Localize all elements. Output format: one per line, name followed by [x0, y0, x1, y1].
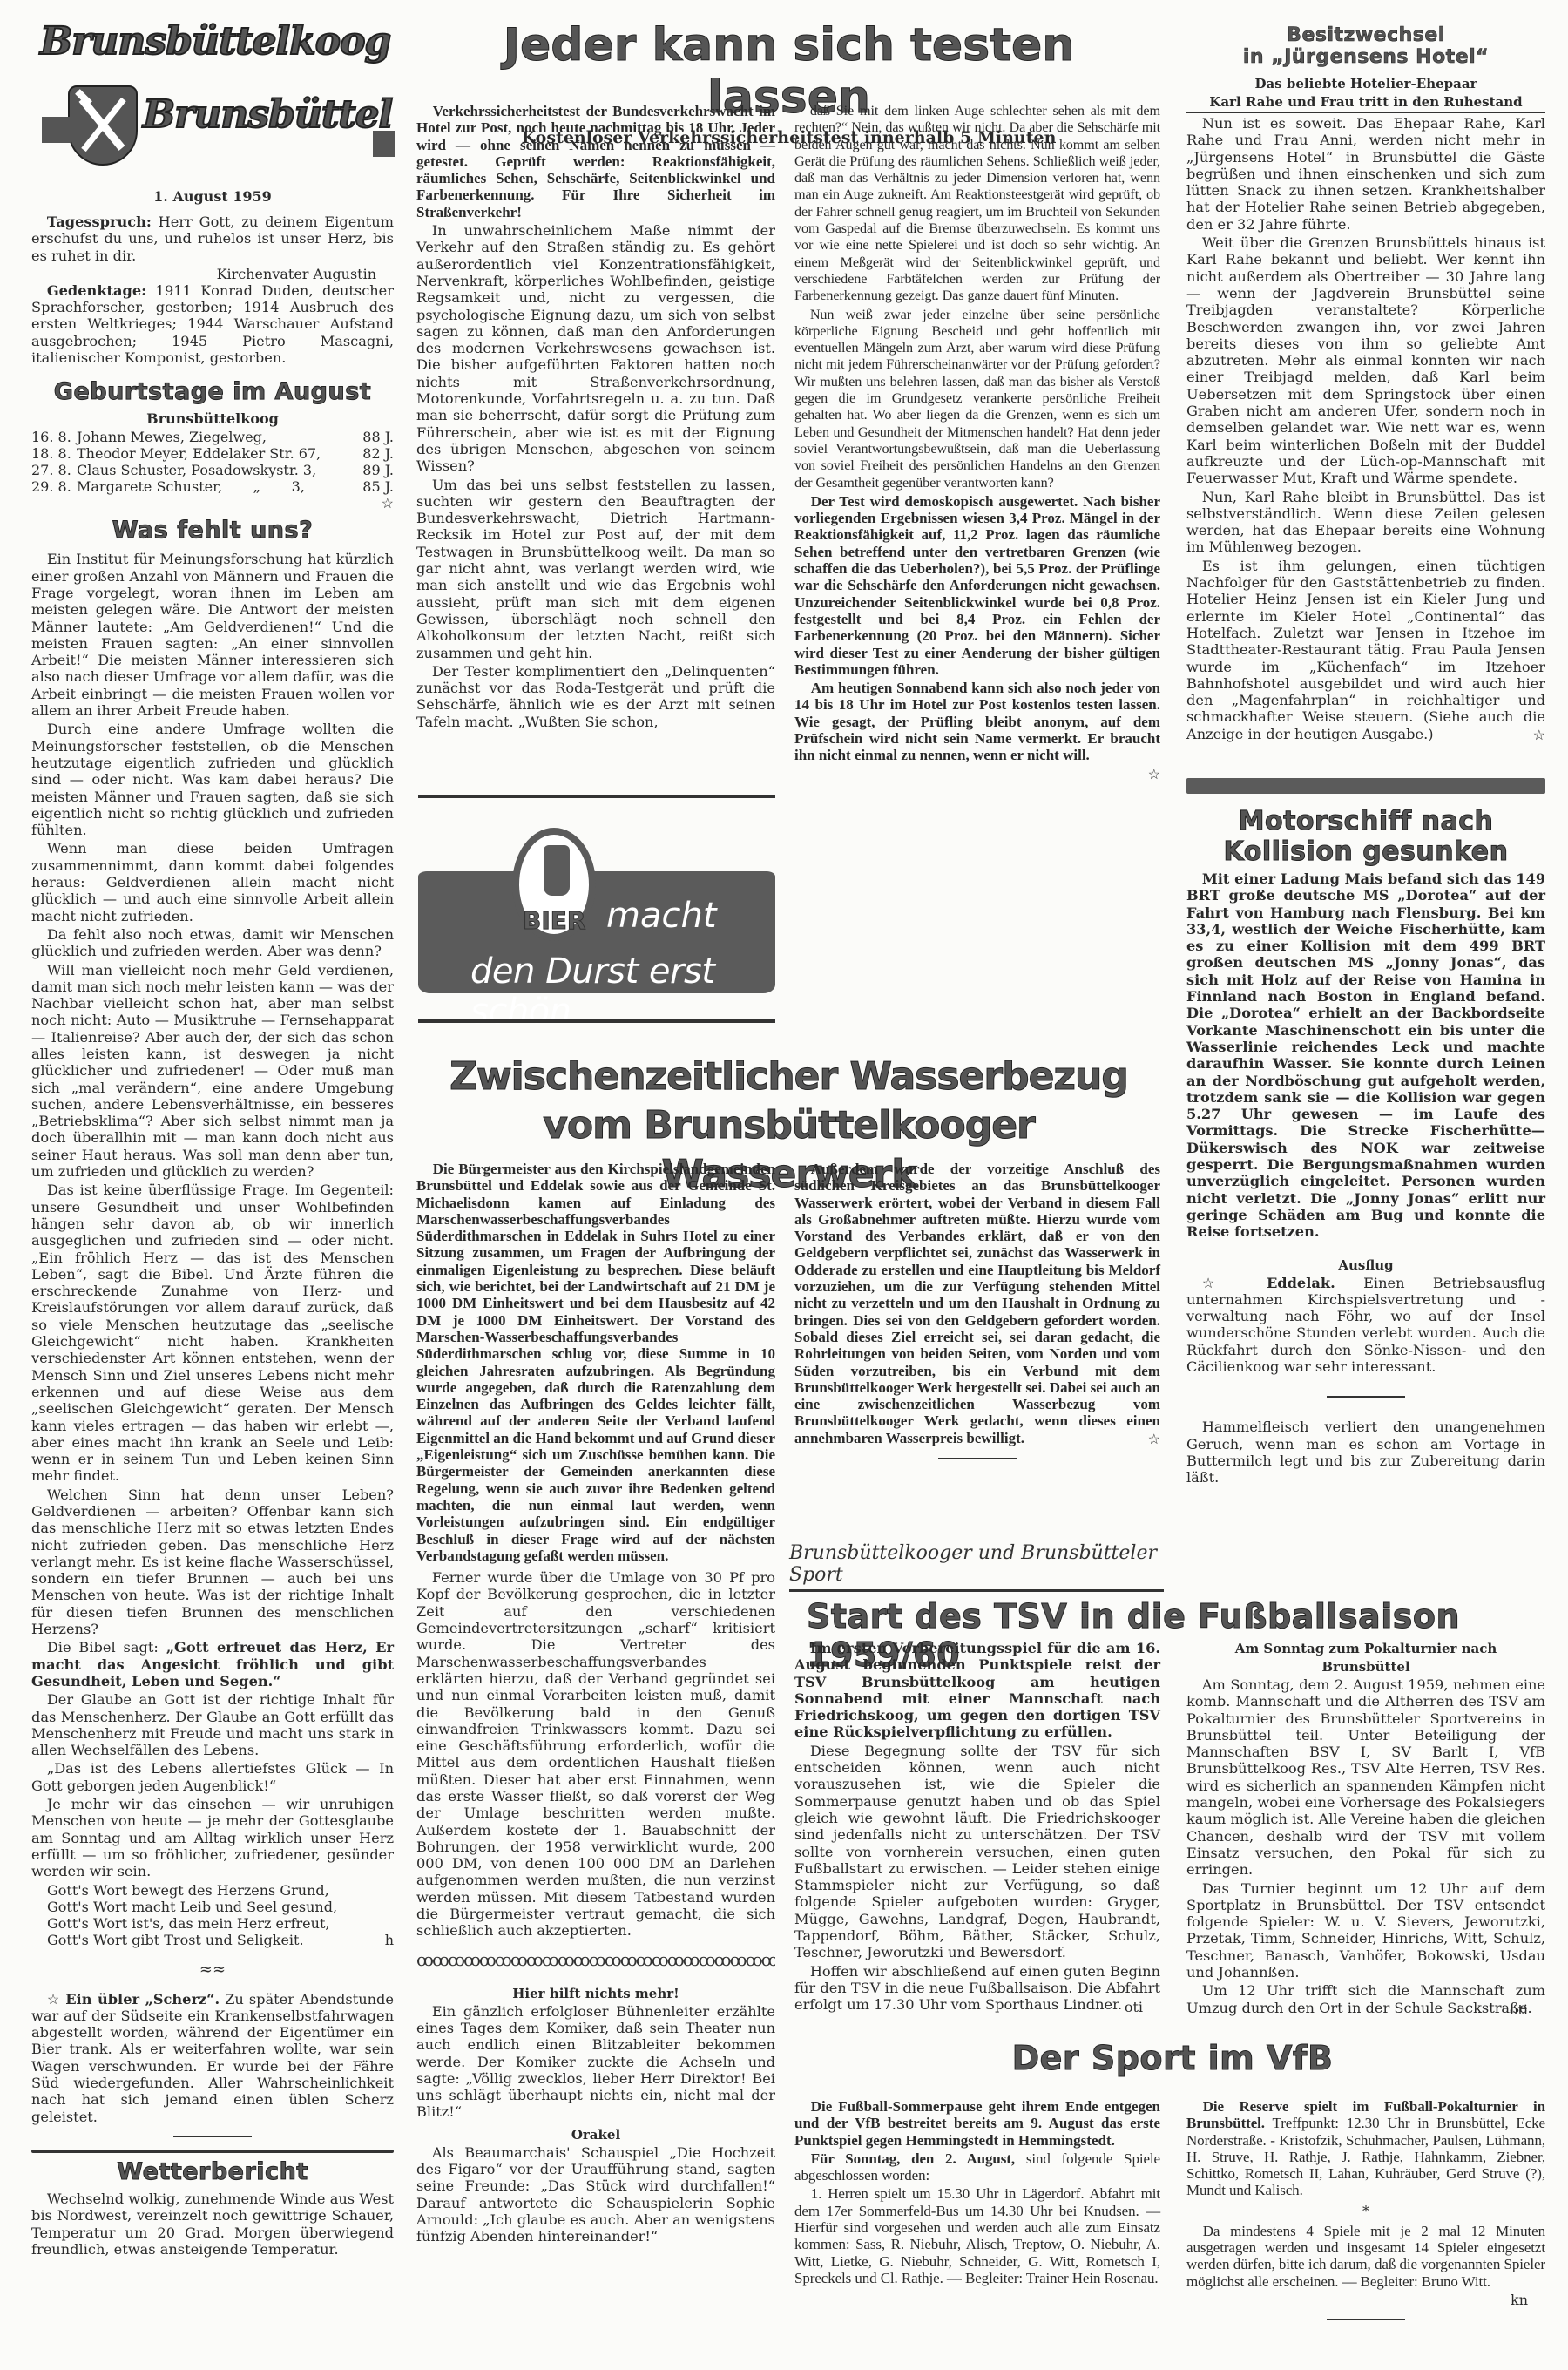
anecdotes: Hier hilft nichts mehr!Ein gänzlich erfo… [416, 1985, 775, 2245]
issue-date: 1. August 1959 [31, 188, 394, 205]
water-col1-bold: Die Bürgermeister aus den Kirchspielslan… [416, 1161, 775, 1564]
vfb-reserve: Die Reserve spielt im Fußball-Pokalturni… [1186, 2098, 1545, 2199]
water-col2-bold: Außerdem wurde der vorzeitige Anschluß d… [794, 1161, 1160, 1446]
birthday-date: 18. 8. [31, 445, 77, 462]
paragraph: Der Tester komplimentiert den „Delinquen… [416, 663, 775, 730]
birthday-age: 85 J. [352, 478, 394, 495]
right-column: Besitzwechsel in „Jürgensens Hotel“ Das … [1186, 0, 1545, 1487]
divider [938, 1458, 1017, 1459]
paragraph: Welchen Sinn hat denn unser Leben? Geldv… [31, 1486, 394, 1638]
verse-line: Gott's Wort bewegt des Herzens Grund, [47, 1882, 394, 1899]
divider [173, 2136, 252, 2137]
left-column: Brunsbüttelkoog Brunsbüttel 1. August 19… [31, 0, 394, 2259]
weather-text: Wechselnd wolkig, zunehmende Winde aus W… [31, 2191, 394, 2258]
birthday-name: Margarete Schuster, „ 3, [77, 478, 352, 495]
paragraph: Es ist ihm gelungen, einen tüchtigen Nac… [1186, 558, 1545, 742]
asterisk-divider: * [1186, 2203, 1545, 2219]
water-col1-text: Ferner wurde über die Umlage von 30 Pf p… [416, 1569, 775, 1940]
paragraph: Weit über die Grenzen Brunsbüttels hinau… [1186, 234, 1545, 486]
vfb-sunday-bold: Für Sonntag, den 2. August, [811, 2150, 1015, 2167]
paragraph: Am heutigen Sonnabend kann sich also noc… [794, 680, 1160, 763]
hotel-sub1: Das beliebte Hotelier-Ehepaar [1186, 75, 1545, 93]
birthday-name: Theodor Meyer, Eddelaker Str. 67, [77, 445, 352, 462]
vfb-herren: 1. Herren spielt um 15.30 Uhr in Lägerdo… [794, 2185, 1160, 2286]
tsv-right-body: Am Sonntag, dem 2. August 1959, nehmen e… [1186, 1676, 1545, 2016]
water-col2: Außerdem wurde der vorzeitige Anschluß d… [794, 1161, 1160, 1470]
vfb-title: Der Sport im VfB [789, 2039, 1556, 2077]
ausflug-item: ☆ Eddelak. Einen Betriebsausflug unterna… [1186, 1275, 1545, 1376]
ad-brand: BIER [523, 906, 585, 935]
bible-intro: Die Bibel sagt: [47, 1639, 166, 1656]
ausflug-text: Einen Betriebsausflug unternahmen Kirchs… [1186, 1275, 1545, 1375]
water-title-line1: Zwischenzeitlicher Wasserbezug [416, 1053, 1161, 1101]
birthday-row: 18. 8.Theodor Meyer, Eddelaker Str. 67,8… [31, 445, 394, 462]
tip-text: Hammelfleisch verliert den unangenehmen … [1186, 1419, 1545, 1486]
hotel-sub2: Karl Rahe und Frau tritt in den Ruhestan… [1186, 93, 1545, 113]
bible-quote: Die Bibel sagt: „Gott erfreuet das Herz,… [31, 1639, 394, 1689]
ribbon-right [373, 131, 395, 157]
was-fehlt-body: Ein Institut für Meinungsforschung hat k… [31, 551, 394, 1637]
anecdote-text: Als Beaumarchais' Schauspiel „Die Hochze… [416, 2144, 775, 2245]
paragraph: Um das bei uns selbst feststellen zu las… [416, 477, 775, 661]
tsv-col2: Am Sonntag zum Pokalturnier nach Brunsbü… [1186, 1640, 1545, 2018]
birthday-row: 29. 8.Margarete Schuster, „ 3,85 J. [31, 478, 394, 495]
birthday-date: 16. 8. [31, 429, 77, 445]
tagesspruch-author: Kirchenvater Augustin [31, 266, 394, 282]
star-icon: ☆ [31, 495, 394, 511]
test-article-col2-body: daß Sie mit dem linken Auge schlechter s… [794, 103, 1160, 491]
ad-rule-bottom [418, 1019, 775, 1023]
sport-section-title: Brunsbüttelkooger und Brunsbütteler Spor… [789, 1542, 1164, 1592]
ausflug-title: Ausflug [1186, 1256, 1545, 1275]
wave-divider-icon: ≈≈ [31, 1960, 394, 1979]
birthday-date: 27. 8. [31, 462, 77, 478]
gedenktage-label: Gedenktage: [47, 282, 146, 299]
test-article-col1: Verkehrssicherheitstest der Bundesverkeh… [416, 103, 775, 732]
test-article-col2: daß Sie mit dem linken Auge schlechter s… [794, 103, 1160, 782]
section-bar [1186, 778, 1545, 794]
star-icon: ☆ [47, 1991, 60, 2008]
tsv-right-sub1: Am Sonntag zum Pokalturnier nach [1186, 1640, 1545, 1658]
vfb-closing: Da mindestens 4 Spiele mit je 2 mal 12 M… [1186, 2223, 1545, 2290]
hotel-title-line1: Besitzwechsel [1186, 24, 1545, 46]
section-rule [31, 2150, 394, 2153]
ship-title-line1: Motorschiff nach [1186, 806, 1545, 836]
paragraph: daß Sie mit dem linken Auge schlechter s… [794, 103, 1160, 305]
beer-glass-icon [544, 845, 570, 896]
weather-title: Wetterbericht [31, 2158, 394, 2185]
vfb-sunday: Für Sonntag, den 2. August, sind folgend… [794, 2150, 1160, 2184]
birthday-row: 27. 8.Claus Schuster, Posadowskystr. 3,8… [31, 462, 394, 478]
paragraph: „Das ist des Lebens allertiefstes Glück … [31, 1760, 394, 1794]
verse-line: Gott's Wort macht Leib und Seel gesund, [47, 1899, 394, 1915]
paragraph: In unwahrscheinlichem Maße nimmt der Ver… [416, 222, 775, 474]
birthday-age: 88 J. [352, 429, 394, 445]
birthday-age: 89 J. [352, 462, 394, 478]
gedenktage: Gedenktage: 1911 Konrad Duden, deutscher… [31, 282, 394, 366]
birthdays-title: Geburtstage im August [31, 378, 394, 405]
vfb-heading: Der Sport im VfB [789, 2039, 1556, 2077]
paragraph: Will man vielleicht noch mehr Geld verdi… [31, 962, 394, 1181]
ad-rule-top [418, 795, 775, 798]
was-fehlt-body-2: Der Glaube an Gott ist der richtige Inha… [31, 1691, 394, 1879]
paragraph: Diese Begegnung sollte der TSV für sich … [794, 1743, 1160, 1961]
anecdote-title: Orakel [416, 2126, 775, 2144]
coat-of-arms-icon [68, 85, 138, 166]
hotel-title-line2: in „Jürgensens Hotel“ [1186, 46, 1545, 68]
masthead-title-line1: Brunsbüttelkoog [40, 19, 390, 64]
paragraph: Wenn man diese beiden Umfragen zusammenn… [31, 840, 394, 924]
masthead: Brunsbüttelkoog Brunsbüttel [31, 19, 394, 185]
ad-line1: macht [606, 896, 717, 936]
paragraph: Um 12 Uhr trifft sich die Mannschaft zum… [1186, 1982, 1545, 2016]
scherz-text: Zu später Abendstunde war auf der Südsei… [31, 1991, 394, 2125]
water-col1: Die Bürgermeister aus den Kirchspielslan… [416, 1161, 775, 2247]
vfb-col1: Die Fußball-Sommerpause geht ihrem Ende … [794, 2098, 1160, 2288]
divider [1327, 2319, 1405, 2320]
paragraph: Der Test wird demoskopisch ausgewertet. … [794, 493, 1160, 678]
birthday-row: 16. 8.Johann Mewes, Ziegelweg,88 J. [31, 429, 394, 445]
star-icon: ☆ [1202, 1275, 1239, 1291]
paragraph: Das ist keine überflüssige Frage. Im Geg… [31, 1182, 394, 1484]
ad-oval: BIER [512, 828, 596, 941]
scherz-title: Ein übler „Scherz“. [65, 1991, 220, 2008]
vfb-col2: Die Reserve spielt im Fußball-Pokalturni… [1186, 2098, 1545, 2331]
tsv-body: Diese Begegnung sollte der TSV für sich … [794, 1743, 1160, 2014]
vfb-lead: Die Fußball-Sommerpause geht ihrem Ende … [794, 2098, 1160, 2149]
paragraph: Da fehlt also noch etwas, damit wir Mens… [31, 926, 394, 960]
paragraph: Ein Institut für Meinungsforschung hat k… [31, 551, 394, 719]
paragraph: Nun, Karl Rahe bleibt in Brunsbüttel. Da… [1186, 489, 1545, 556]
anecdote-text: Ein gänzlich erfolgloser Bühnenleiter er… [416, 2003, 775, 2121]
ship-text: Mit einer Ladung Mais befand sich das 14… [1186, 870, 1545, 1241]
tagesspruch-label: Tagesspruch: [47, 213, 152, 230]
tagesspruch: Tagesspruch: Herr Gott, zu deinem Eigent… [31, 213, 394, 264]
star-icon: ☆ [794, 766, 1160, 782]
ship-title-line2: Kollision gesunken [1186, 836, 1545, 867]
vfb-signature: kn [1186, 2292, 1545, 2308]
birthday-name: Johann Mewes, Ziegelweg, [77, 429, 352, 445]
paragraph: Das Turnier beginnt um 12 Uhr auf dem Sp… [1186, 1880, 1545, 1981]
braid-divider-icon: ꝏꝏꝏꝏꝏꝏꝏꝏꝏꝏꝏꝏꝏꝏꝏꝏꝏꝏꝏꝏꝏꝏꝏꝏꝏꝏꝏꝏꝏꝏꝏꝏꝏꝏꝏꝏ [416, 1952, 775, 1967]
hotel-body: Nun ist es soweit. Das Ehepaar Rahe, Kar… [1186, 115, 1545, 742]
anecdote-title: Hier hilft nichts mehr! [416, 1985, 775, 2003]
verse-line: Gott's Wort ist's, das mein Herz erfreut… [47, 1915, 394, 1932]
beer-advertisement: BIER macht den Durst erst schön [418, 795, 775, 1023]
paragraph: Durch eine andere Umfrage wollten die Me… [31, 721, 394, 838]
was-fehlt-title: Was fehlt uns? [31, 517, 394, 544]
paragraph: Nun ist es soweit. Das Ehepaar Rahe, Kar… [1186, 115, 1545, 233]
tsv-col1: Im ersten Vorbereitungsspiel für die am … [794, 1640, 1160, 2015]
masthead-title-line2: Brunsbüttel [143, 92, 392, 137]
tsv-lead: Im ersten Vorbereitungsspiel für die am … [794, 1640, 1160, 1741]
test-article-col1-body: In unwahrscheinlichem Maße nimmt der Ver… [416, 222, 775, 730]
birthday-name: Claus Schuster, Posadowskystr. 3, [77, 462, 352, 478]
paragraph: Der Glaube an Gott ist der richtige Inha… [31, 1691, 394, 1758]
birthdays-place: Brunsbüttelkoog [31, 410, 394, 427]
birthday-age: 82 J. [352, 445, 394, 462]
ribbon-left [42, 117, 71, 143]
birthday-date: 29. 8. [31, 478, 77, 495]
test-article-col2-bold: Der Test wird demoskopisch ausgewertet. … [794, 493, 1160, 764]
tsv-right-sub2: Brunsbüttel [1186, 1658, 1545, 1676]
scherz-item: ☆ Ein übler „Scherz“. Zu später Abendstu… [31, 1991, 394, 2125]
paragraph: Nun weiß zwar jeder einzelne über seine … [794, 307, 1160, 491]
birthdays-list: 16. 8.Johann Mewes, Ziegelweg,88 J.18. 8… [31, 429, 394, 495]
ausflug-place: Eddelak. [1267, 1275, 1335, 1291]
test-article-lead: Verkehrssicherheitstest der Bundesverkeh… [416, 103, 775, 220]
paragraph: Hoffen wir abschließend auf einen guten … [794, 1963, 1160, 2014]
paragraph: Je mehr wir das einsehen — wir unruhigen… [31, 1796, 394, 1879]
paragraph: Am Sonntag, dem 2. August 1959, nehmen e… [1186, 1676, 1545, 1879]
divider [1327, 1396, 1405, 1398]
